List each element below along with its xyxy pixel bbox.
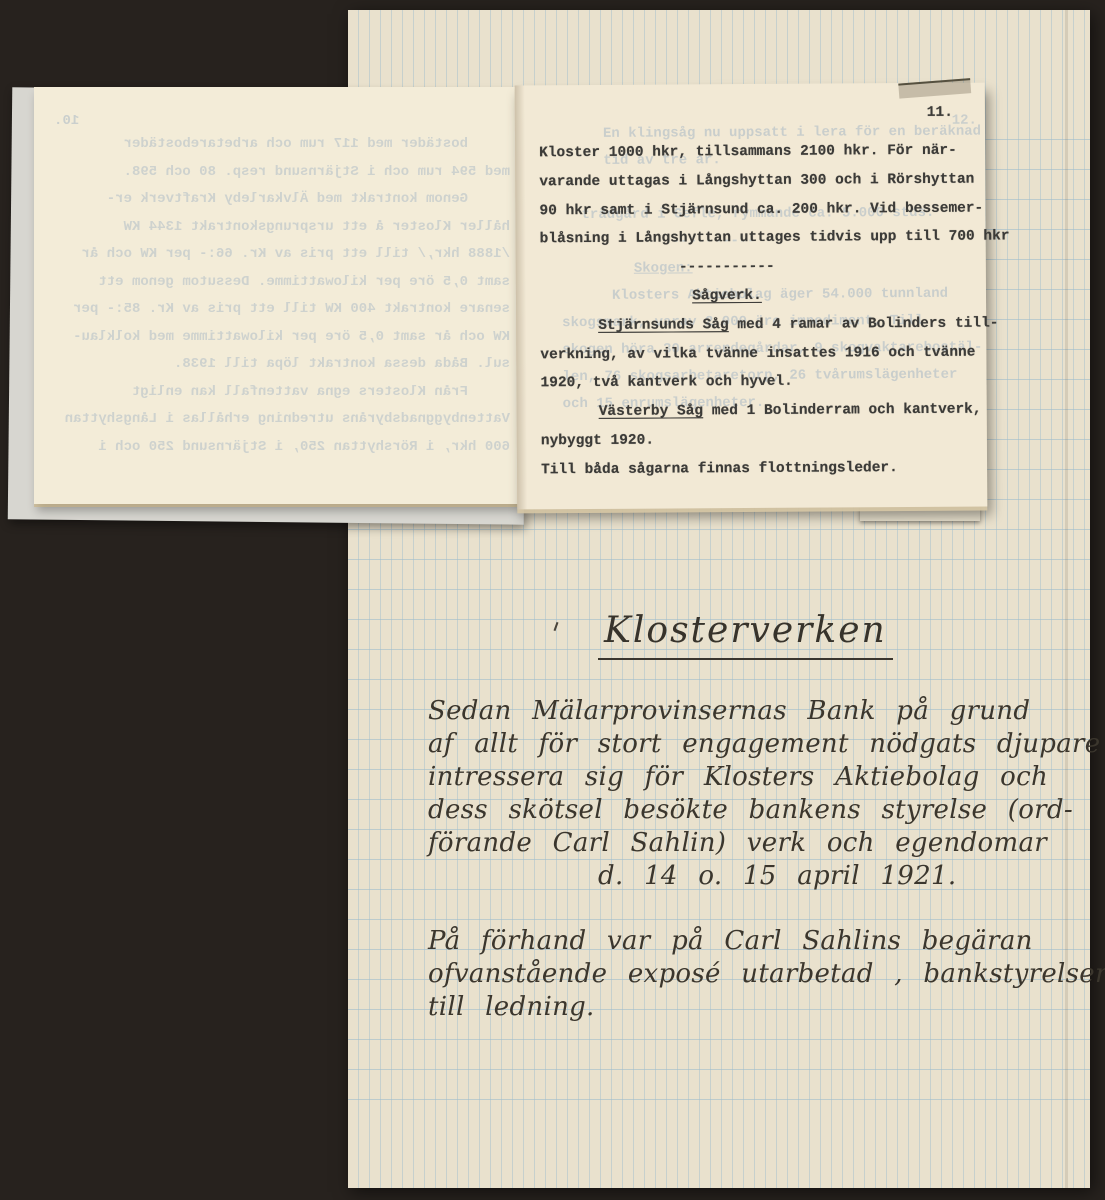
bleedthrough-line: 600 hkr, i Rörshyttan 250, i Stjärnsund … — [48, 434, 510, 462]
handwritten-line: intressera sig för Klosters Aktiebolag o… — [428, 762, 1048, 792]
sawmill-name: Stjärnsunds Såg — [598, 317, 729, 334]
typed-text-block: Kloster 1000 hkr, tillsammans 2100 hkr. … — [539, 137, 975, 485]
page-crease — [515, 85, 528, 509]
typed-line: Kloster 1000 hkr, tillsammans 2100 hkr. … — [539, 137, 973, 168]
typed-line: verkning, av vilka tvänne insattes 1916 … — [540, 338, 974, 369]
bleedthrough-line: senare kontrakt 400 KW till ett pris av … — [48, 296, 510, 324]
typed-line: blåsning i Långshyttan uttages tidvis up… — [540, 223, 974, 254]
sheet-edge-under-page — [860, 505, 980, 521]
bleedthrough-line: KW och år samt 0,5 öre per kilowattimme … — [48, 324, 510, 352]
typed-line: nybyggt 1920. — [541, 425, 975, 456]
bleedthrough-line: med 594 rum och i Stjärnsund resp. 80 oc… — [48, 159, 510, 187]
sawmill-name: Västerby Såg — [599, 403, 704, 420]
typed-line-rest: med 4 ramar av Bolinders till- — [729, 315, 999, 333]
typed-line: 90 hkr samt i Stjärnsund ca. 200 hkr. Vi… — [539, 194, 973, 225]
typed-line: 1920, två kantverk och hyvel. — [540, 367, 974, 398]
typed-line: varande uttagas i Långshyttan 300 och i … — [539, 165, 973, 196]
page-number: 11. — [927, 105, 953, 121]
typed-line: Västerby Såg med 1 Bolinderram och kantv… — [541, 396, 975, 427]
handwritten-line: af allt för stort engagement nödgats dju… — [428, 729, 1100, 759]
handwritten-line: till ledning. — [428, 992, 595, 1022]
handwritten-line: dess skötsel besökte bankens styrelse (o… — [428, 795, 1073, 825]
bleedthrough-page-number: 12. — [952, 113, 977, 129]
bleedthrough-line: sul. Båda dessa kontrakt löpa till 1938. — [48, 351, 510, 379]
typed-line: Stjärnsunds Såg med 4 ramar av Bolinders… — [540, 309, 974, 340]
typed-page-verso: 10. bostäder med 117 rum och arbetarebos… — [34, 87, 520, 504]
typed-divider: ----------- — [540, 252, 974, 283]
section-heading-text: Sågverk. — [692, 288, 762, 304]
bleedthrough-line: samt 0,5 öre per kilowattimme. Dessutom … — [48, 269, 510, 297]
handwritten-line: ofvanstående exposé utarbetad , bankstyr… — [428, 959, 1105, 989]
handwritten-date-line: d. 14 o. 15 april 1921. — [598, 861, 956, 891]
bleedthrough-line: /1888 hkr,/ till ett pris av Kr. 66:- pe… — [48, 241, 510, 269]
bleedthrough-line: håller Kloster å ett ursprungskontrakt 1… — [48, 214, 510, 242]
handwritten-line: förande Carl Sahlin) verk och egendomar — [428, 828, 1047, 858]
section-heading: Sågverk. — [540, 281, 974, 312]
handwritten-title: Klosterverken — [598, 610, 893, 660]
typed-line-rest: med 1 Bolinderram och kantverk, — [703, 402, 982, 420]
handwritten-line: Sedan Mälarprovinsernas Bank på grund — [428, 696, 1030, 726]
bleedthrough-line: Vattenbyggnadsbyråns utredning erhållas … — [48, 406, 510, 434]
typed-page-11: En klingsåg nu uppsatt i lera för en ber… — [515, 83, 988, 510]
paper-fold-line — [1065, 10, 1068, 1188]
typed-line: Till båda sågarna finnas flottningsleder… — [541, 453, 975, 484]
photo-of-documents: Klosterverken Sedan Mälarprovinsernas Ba… — [0, 0, 1105, 1200]
bleedthrough-line: bostäder med 117 rum och arbetarebostäde… — [48, 131, 510, 159]
bleedthrough-page-number: 10. — [54, 113, 79, 129]
bleedthrough-line: Från Klosters egna vattenfall kan enligt — [48, 379, 510, 407]
bleedthrough-line: Genom kontrakt med Älvkarleby Kraftverk … — [48, 186, 510, 214]
bleedthrough-text-block: bostäder med 117 rum och arbetarebostäde… — [48, 131, 510, 461]
handwritten-line: På förhand var på Carl Sahlins begäran — [428, 926, 1033, 956]
